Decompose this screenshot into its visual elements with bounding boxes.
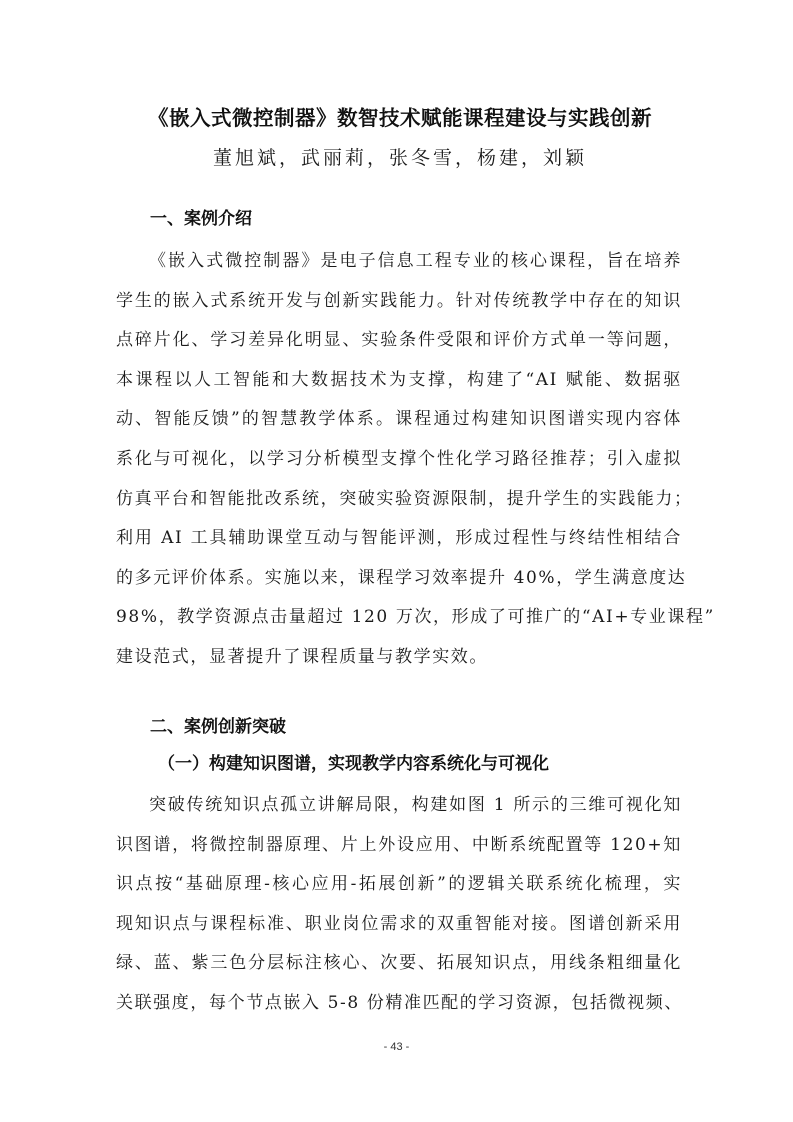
text-line: 建设范式，显著提升了课程质量与教学实效。 bbox=[116, 638, 682, 678]
section-heading-innovation: 二、案例创新突破 bbox=[150, 713, 286, 741]
text-line: 仿真平台和智能批改系统，突破实验资源限制，提升学生的实践能力； bbox=[116, 480, 682, 520]
document-page: 《嵌入式微控制器》数智技术赋能课程建设与实践创新 董旭斌，武丽莉，张冬雪，杨建，… bbox=[0, 0, 793, 1122]
subsection-heading-knowledge-graph: （一）构建知识图谱，实现教学内容系统化与可视化 bbox=[158, 750, 549, 778]
text-line: 的多元评价体系。实施以来，课程学习效率提升 40%，学生满意度达 bbox=[116, 559, 682, 599]
paragraph-knowledge-graph: 突破传统知识点孤立讲解局限，构建如图 1 所示的三维可视化知 识图谱，将微控制器… bbox=[116, 786, 682, 1024]
text-line: 关联强度，每个节点嵌入 5-8 份精准匹配的学习资源，包括微视频、 bbox=[116, 984, 682, 1024]
section-heading-case-introduction: 一、案例介绍 bbox=[150, 205, 252, 233]
text-line: 98%，教学资源点击量超过 120 万次，形成了可推广的“AI+专业课程” bbox=[116, 598, 682, 638]
page-number: - 43 - bbox=[0, 1041, 793, 1053]
document-title: 《嵌入式微控制器》数智技术赋能课程建设与实践创新 bbox=[100, 103, 700, 133]
text-line: 现知识点与课程标准、职业岗位需求的双重智能对接。图谱创新采用 bbox=[116, 905, 682, 945]
paragraph-case-introduction: 《嵌入式微控制器》是电子信息工程专业的核心课程，旨在培养 学生的嵌入式系统开发与… bbox=[116, 242, 682, 678]
author-list: 董旭斌，武丽莉，张冬雪，杨建，刘颖 bbox=[100, 143, 700, 173]
text-line: 识图谱，将微控制器原理、片上外设应用、中断系统配置等 120+知 bbox=[116, 826, 682, 866]
text-line: 点碎片化、学习差异化明显、实验条件受限和评价方式单一等问题， bbox=[116, 321, 682, 361]
text-line: 本课程以人工智能和大数据技术为支撑，构建了“AI 赋能、数据驱 bbox=[116, 361, 682, 401]
text-line: 《嵌入式微控制器》是电子信息工程专业的核心课程，旨在培养 bbox=[116, 242, 682, 282]
text-line: 绿、蓝、紫三色分层标注核心、次要、拓展知识点，用线条粗细量化 bbox=[116, 944, 682, 984]
text-line: 学生的嵌入式系统开发与创新实践能力。针对传统教学中存在的知识 bbox=[116, 282, 682, 322]
text-line: 识点按“基础原理-核心应用-拓展创新”的逻辑关联系统化梳理，实 bbox=[116, 865, 682, 905]
text-line: 动、智能反馈”的智慧教学体系。课程通过构建知识图谱实现内容体 bbox=[116, 400, 682, 440]
text-line: 系化与可视化，以学习分析模型支撑个性化学习路径推荐；引入虚拟 bbox=[116, 440, 682, 480]
text-line: 利用 AI 工具辅助课堂互动与智能评测，形成过程性与终结性相结合 bbox=[116, 519, 682, 559]
text-line: 突破传统知识点孤立讲解局限，构建如图 1 所示的三维可视化知 bbox=[116, 786, 682, 826]
